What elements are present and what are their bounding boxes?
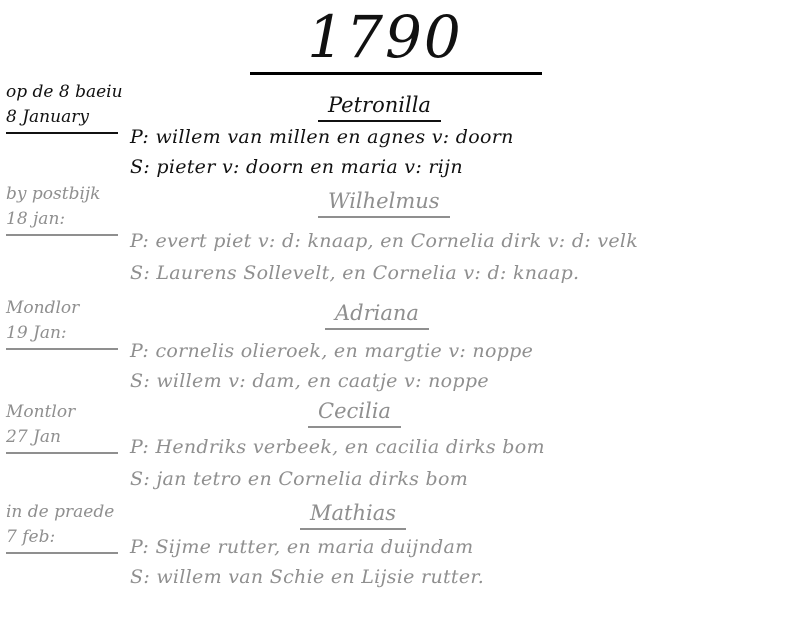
child-name: Adriana xyxy=(325,300,429,330)
margin-note: Mondlor 19 Jan: xyxy=(6,296,124,350)
margin-note: in de praede 7 feb: xyxy=(6,500,124,554)
margin-note-line: by postbijk xyxy=(6,184,100,204)
child-name: Wilhelmus xyxy=(318,188,450,218)
year-heading: 1790 xyxy=(300,2,470,72)
margin-note: Montlor 27 Jan xyxy=(6,400,124,454)
baptism-date: 27 Jan xyxy=(6,425,118,454)
margin-note-line: in de praede xyxy=(6,502,114,522)
sponsors-line: S: pieter v: doorn en maria v: rijn xyxy=(130,154,463,180)
year-underline xyxy=(250,72,542,75)
margin-note: op de 8 baeiu 8 January xyxy=(6,80,124,134)
sponsors-line: S: willem v: dam, en caatje v: noppe xyxy=(130,368,489,394)
sponsors-line: S: willem van Schie en Lijsie rutter. xyxy=(130,564,484,590)
margin-note-line: op de 8 baeiu xyxy=(6,82,123,102)
child-name: Mathias xyxy=(300,500,406,530)
parents-line: P: cornelis olieroek, en margtie v: nopp… xyxy=(130,338,533,364)
parents-line: P: evert piet v: d: knaap, en Cornelia d… xyxy=(130,228,638,254)
baptism-date: 18 jan: xyxy=(6,207,118,236)
parents-line: P: Sijme rutter, en maria duijndam xyxy=(130,534,473,560)
sponsors-line: S: jan tetro en Cornelia dirks bom xyxy=(130,466,468,492)
child-name: Petronilla xyxy=(318,92,441,122)
baptism-date: 8 January xyxy=(6,105,118,134)
register-page: 1790 op de 8 baeiu 8 January Petronilla … xyxy=(0,0,800,622)
sponsors-line: S: Laurens Sollevelt, en Cornelia v: d: … xyxy=(130,260,579,286)
child-name: Cecilia xyxy=(308,398,401,428)
baptism-date: 7 feb: xyxy=(6,525,118,554)
baptism-date: 19 Jan: xyxy=(6,321,118,350)
margin-note: by postbijk 18 jan: xyxy=(6,182,124,236)
parents-line: P: willem van millen en agnes v: doorn xyxy=(130,124,514,150)
parents-line: P: Hendriks verbeek, en cacilia dirks bo… xyxy=(130,434,545,460)
margin-note-line: Montlor xyxy=(6,402,75,422)
margin-note-line: Mondlor xyxy=(6,298,79,318)
